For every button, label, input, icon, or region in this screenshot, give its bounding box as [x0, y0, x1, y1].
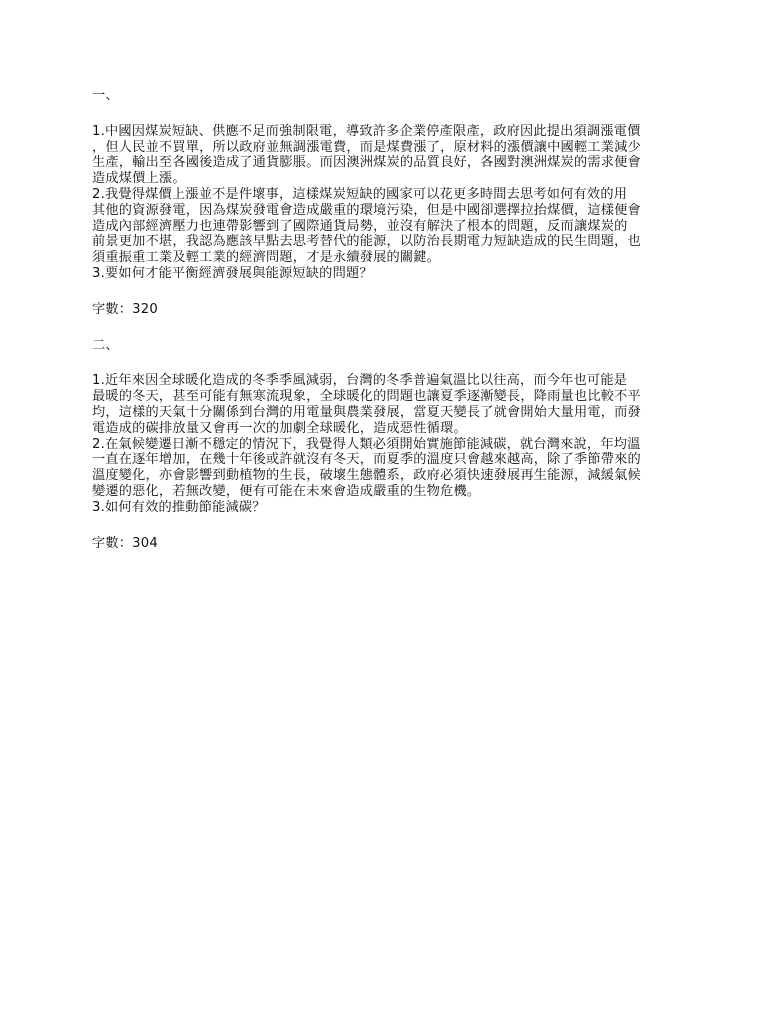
section-1-line: 其他的資源發電，因為煤炭發電會造成嚴重的環境污染，但是中國卻選擇拉抬煤價，這樣便… [92, 203, 692, 219]
document-page: 一、 1.中國因煤炭短缺、供應不足而強制限電，導致許多企業停產限產，政府因此提出… [92, 88, 692, 551]
section-1-line: 生產，輸出至各國後造成了通貨膨脹。而因澳洲煤炭的品質良好，各國對澳洲煤炭的需求便… [92, 155, 692, 171]
section-2-line: 2.在氣候變遷日漸不穩定的情況下，我覺得人類必須開始實施節能減碳，就台灣來說，年… [92, 437, 692, 453]
section-1-heading: 一、 [92, 88, 692, 104]
section-1-line: 1.中國因煤炭短缺、供應不足而強制限電，導致許多企業停產限產，政府因此提出須調漲… [92, 124, 692, 140]
section-1-word-count: 字數：320 [92, 302, 692, 318]
section-1-line: 須重振重工業及輕工業的經濟問題，才是永續發展的關鍵。 [92, 250, 692, 266]
section-1-line: ，但人民並不買單，所以政府並無調漲電費，而是煤費漲了，原材料的漲價讓中國輕工業減… [92, 140, 692, 156]
section-2-line: 均，這樣的天氣十分關係到台灣的用電量與農業發展，當夏天變長了就會開始大量用電，而… [92, 405, 692, 421]
section-1-body: 1.中國因煤炭短缺、供應不足而強制限電，導致許多企業停產限產，政府因此提出須調漲… [92, 124, 692, 282]
section-2-line: 溫度變化，亦會影響到動植物的生長，破壞生態體系，政府必須快速發展再生能源，減緩氣… [92, 468, 692, 484]
section-2-word-count: 字數：304 [92, 536, 692, 552]
section-2-question: 3.如何有效的推動節能減碳？ [92, 500, 692, 516]
section-1-line: 造成內部經濟壓力也連帶影響到了國際通貨局勢，並沒有解決了根本的問題，反而讓煤炭的 [92, 219, 692, 235]
section-2-heading: 二、 [92, 338, 692, 354]
section-1-line: 前景更加不堪，我認為應該早點去思考替代的能源，以防治長期電力短缺造成的民生問題，… [92, 234, 692, 250]
section-1-line: 造成煤價上漲。 [92, 171, 692, 187]
section-2-line: 電造成的碳排放量又會再一次的加劇全球暖化，造成惡性循環。 [92, 421, 692, 437]
section-2-body: 1.近年來因全球暖化造成的冬季季風減弱，台灣的冬季普遍氣溫比以往高，而今年也可能… [92, 373, 692, 515]
section-2-line: 最暖的冬天，甚至可能有無寒流現象，全球暖化的問題也讓夏季逐漸變長，降雨量也比較不… [92, 389, 692, 405]
section-2-line: 變遷的惡化，若無改變，便有可能在未來會造成嚴重的生物危機。 [92, 484, 692, 500]
section-2-line: 一直在逐年增加，在幾十年後或許就沒有冬天，而夏季的溫度只會越來越高，除了季節帶來… [92, 452, 692, 468]
section-1-line: 2.我覺得煤價上漲並不是件壞事，這樣煤炭短缺的國家可以花更多時間去思考如何有效的… [92, 187, 692, 203]
section-2-line: 1.近年來因全球暖化造成的冬季季風減弱，台灣的冬季普遍氣溫比以往高，而今年也可能… [92, 373, 692, 389]
section-1-question: 3.要如何才能平衡經濟發展與能源短缺的問題？ [92, 266, 692, 282]
